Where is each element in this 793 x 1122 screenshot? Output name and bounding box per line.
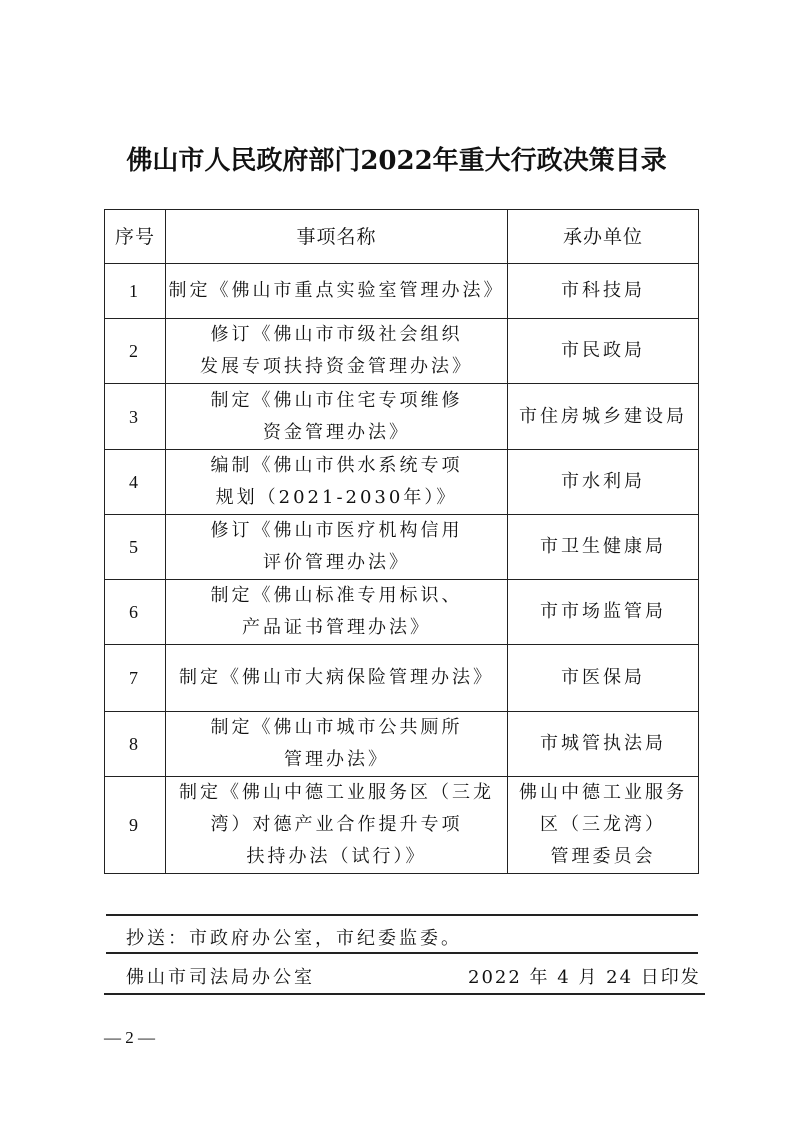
item-name-line: 管理办法》 [166,744,507,776]
header-unit: 承办单位 [508,210,699,264]
responsible-unit: 市医保局 [508,645,699,712]
unit-line: 市住房城乡建设局 [508,401,698,433]
row-number: 7 [105,645,166,712]
table-row: 5修订《佛山市医疗机构信用评价管理办法》市卫生健康局 [105,515,699,580]
responsible-unit: 市市场监管局 [508,580,699,645]
unit-line: 市水利局 [508,466,698,498]
item-name-line: 资金管理办法》 [166,417,507,449]
row-number: 4 [105,450,166,515]
issuer: 佛山市司法局办公室 [126,963,315,989]
unit-line: 市医保局 [508,662,698,694]
issue-date: 2022 年 4 月 24 日印发 [468,963,701,989]
item-name-line: 发展专项扶持资金管理办法》 [166,351,507,383]
unit-line: 市卫生健康局 [508,531,698,563]
unit-line: 市城管执法局 [508,728,698,760]
row-number: 5 [105,515,166,580]
row-number: 1 [105,264,166,319]
item-name-line: 产品证书管理办法》 [166,612,507,644]
unit-line: 区（三龙湾） [508,809,698,841]
unit-line: 市民政局 [508,335,698,367]
header-no: 序号 [105,210,166,264]
responsible-unit: 市住房城乡建设局 [508,384,699,450]
row-number: 8 [105,712,166,777]
responsible-unit: 市科技局 [508,264,699,319]
item-name-line: 评价管理办法》 [166,547,507,579]
table-row: 3制定《佛山市住宅专项维修资金管理办法》市住房城乡建设局 [105,384,699,450]
item-name-line: 修订《佛山市市级社会组织 [166,319,507,351]
table-header-row: 序号 事项名称 承办单位 [105,210,699,264]
item-name-line: 扶持办法（试行）》 [166,841,507,873]
row-number: 6 [105,580,166,645]
item-name: 制定《佛山市重点实验室管理办法》 [166,264,508,319]
table-row: 9制定《佛山中德工业服务区（三龙湾）对德产业合作提升专项扶持办法（试行）》佛山中… [105,777,699,874]
item-name-line: 制定《佛山市大病保险管理办法》 [166,662,507,694]
responsible-unit: 市民政局 [508,319,699,384]
item-name: 制定《佛山标准专用标识、产品证书管理办法》 [166,580,508,645]
table-row: 8制定《佛山市城市公共厕所管理办法》市城管执法局 [105,712,699,777]
item-name-line: 湾）对德产业合作提升专项 [166,809,507,841]
decision-table: 序号 事项名称 承办单位 1制定《佛山市重点实验室管理办法》市科技局2修订《佛山… [104,209,699,874]
cc-line: 抄送：市政府办公室，市纪委监委。 [126,924,462,950]
item-name: 编制《佛山市供水系统专项规划（2021-2030年）》 [166,450,508,515]
item-name-line: 制定《佛山市城市公共厕所 [166,712,507,744]
item-name: 制定《佛山市住宅专项维修资金管理办法》 [166,384,508,450]
table-row: 1制定《佛山市重点实验室管理办法》市科技局 [105,264,699,319]
unit-line: 管理委员会 [508,841,698,873]
unit-line: 市科技局 [508,275,698,307]
table-row: 7制定《佛山市大病保险管理办法》市医保局 [105,645,699,712]
item-name: 制定《佛山中德工业服务区（三龙湾）对德产业合作提升专项扶持办法（试行）》 [166,777,508,874]
responsible-unit: 市城管执法局 [508,712,699,777]
table-row: 4编制《佛山市供水系统专项规划（2021-2030年）》市水利局 [105,450,699,515]
item-name: 制定《佛山市城市公共厕所管理办法》 [166,712,508,777]
footer-rule-bottom [104,993,705,995]
footer-rule-top [106,914,698,916]
table-row: 6制定《佛山标准专用标识、产品证书管理办法》市市场监管局 [105,580,699,645]
item-name-line: 制定《佛山标准专用标识、 [166,580,507,612]
footer-rule-middle [106,952,698,954]
responsible-unit: 市水利局 [508,450,699,515]
unit-line: 市市场监管局 [508,596,698,628]
page-number: — 2 — [104,1028,155,1048]
row-number: 3 [105,384,166,450]
responsible-unit: 佛山中德工业服务区（三龙湾）管理委员会 [508,777,699,874]
item-name-line: 制定《佛山市住宅专项维修 [166,385,507,417]
row-number: 2 [105,319,166,384]
header-name: 事项名称 [166,210,508,264]
item-name-line: 制定《佛山市重点实验室管理办法》 [166,275,507,307]
row-number: 9 [105,777,166,874]
item-name-line: 规划（2021-2030年）》 [166,482,507,514]
item-name-line: 制定《佛山中德工业服务区（三龙 [166,777,507,809]
responsible-unit: 市卫生健康局 [508,515,699,580]
item-name-line: 修订《佛山市医疗机构信用 [166,515,507,547]
item-name: 修订《佛山市医疗机构信用评价管理办法》 [166,515,508,580]
document-title: 佛山市人民政府部门2022年重大行政决策目录 [0,140,793,177]
item-name: 修订《佛山市市级社会组织发展专项扶持资金管理办法》 [166,319,508,384]
table-row: 2修订《佛山市市级社会组织发展专项扶持资金管理办法》市民政局 [105,319,699,384]
item-name-line: 编制《佛山市供水系统专项 [166,450,507,482]
unit-line: 佛山中德工业服务 [508,777,698,809]
item-name: 制定《佛山市大病保险管理办法》 [166,645,508,712]
